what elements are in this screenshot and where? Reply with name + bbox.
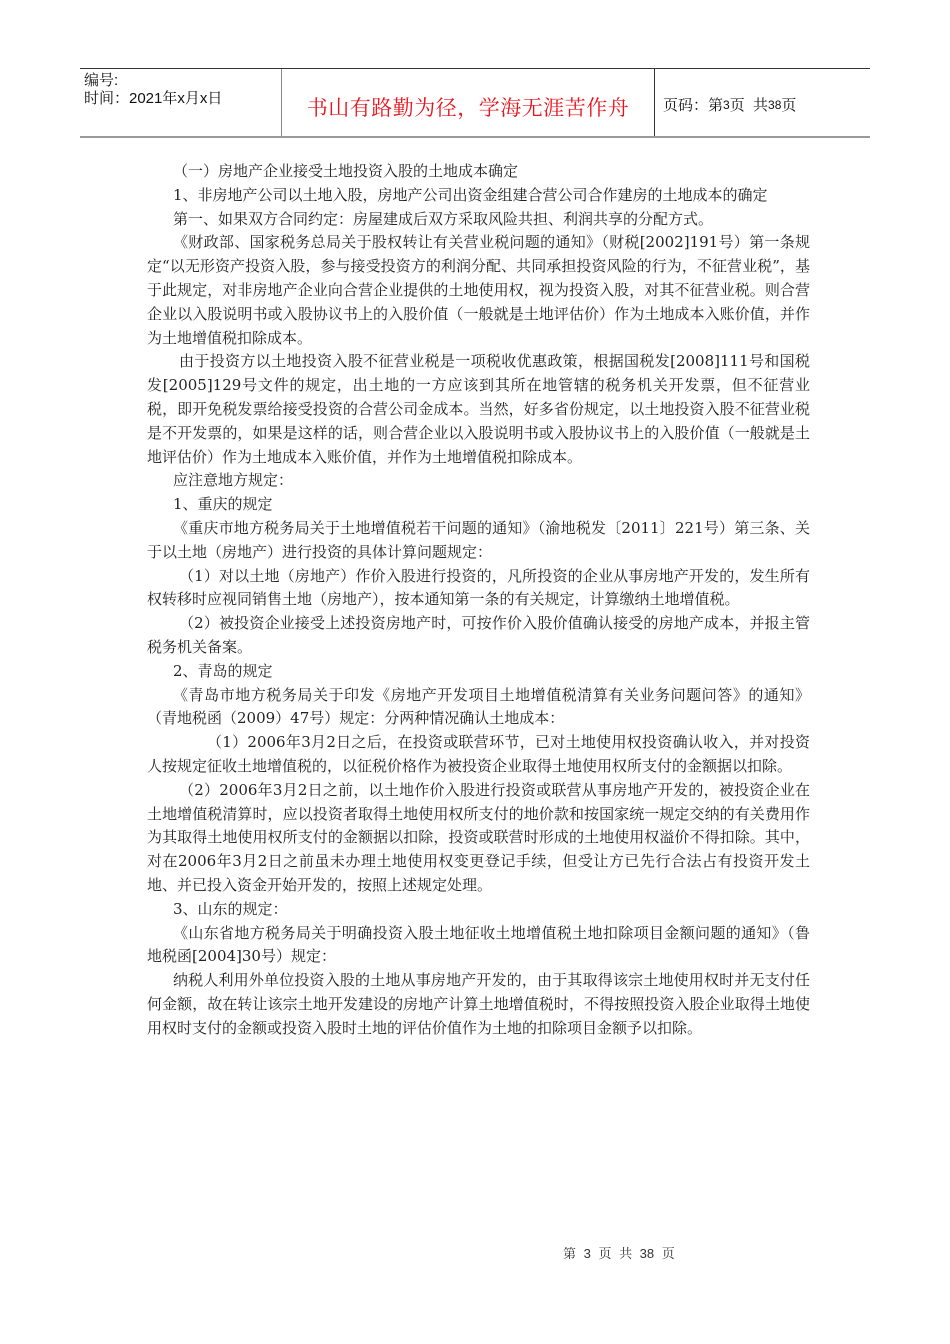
- page-footer: 第 3 页 共 38 页: [563, 1243, 675, 1262]
- document-body: （一）房地产企业接受土地投资入股的土地成本确定1、非房地产公司以土地入股，房地产…: [147, 160, 810, 1040]
- header-page-indicator: 页码：第3页 共38页: [655, 69, 870, 136]
- paragraph: 应注意地方规定：: [147, 469, 810, 493]
- paragraph: （2）被投资企业接受上述投资房地产时，可按作价入股价值确认接受的房地产成本，并报…: [147, 612, 810, 660]
- paragraph: 《重庆市地方税务局关于土地增值税若干问题的通知》（渝地税发〔2011〕221号）…: [147, 517, 810, 565]
- paragraph: （1）对以土地（房地产）作价入股进行投资的，凡所投资的企业从事房地产开发的，发生…: [147, 565, 810, 613]
- paragraph: （2）2006年3月2日之前，以土地作价入股进行投资或联营从事房地产开发的，被投…: [147, 779, 810, 898]
- header-meta-cell: 编号: 时间：2021年x月x日: [80, 69, 282, 136]
- page-current: 3: [723, 98, 730, 112]
- header-motto: 书山有路勤为径，学海无涯苦作舟: [282, 69, 655, 136]
- paragraph: 《山东省地方税务局关于明确投资入股土地征收土地增值税土地扣除项目金额问题的通知》…: [147, 922, 810, 970]
- paragraph: 第一、如果双方合同约定：房屋建成后双方采取风险共担、利润共享的分配方式。: [147, 208, 810, 232]
- paragraph: （1）2006年3月2日之后，在投资或联营环节，已对土地使用权投资确认收入，并对…: [147, 731, 810, 779]
- document-date-label: 时间：2021年x月x日: [84, 90, 281, 108]
- paragraph: 2、青岛的规定: [147, 660, 810, 684]
- paragraph: 3、山东的规定：: [147, 898, 810, 922]
- page-total: 38: [768, 98, 781, 112]
- page-suffix: 页: [781, 94, 796, 115]
- paragraph: 《青岛市地方税务局关于印发《房地产开发项目土地增值税清算有关业务问题问答》的通知…: [147, 684, 810, 732]
- document-header-table: 编号: 时间：2021年x月x日 书山有路勤为径，学海无涯苦作舟 页码：第3页 …: [80, 68, 870, 138]
- paragraph: （一）房地产企业接受土地投资入股的土地成本确定: [147, 160, 810, 184]
- paragraph: 《财政部、国家税务总局关于股权转让有关营业税问题的通知》（财税[2002]191…: [147, 231, 810, 350]
- paragraph: 1、非房地产公司以土地入股，房地产公司出资金组建合营公司合作建房的土地成本的确定: [147, 184, 810, 208]
- document-number-label: 编号:: [84, 72, 281, 90]
- paragraph: 纳税人利用外单位投资入股的土地从事房地产开发的，由于其取得该宗土地使用权时并无支…: [147, 969, 810, 1040]
- page-mid: 页 共: [730, 94, 768, 115]
- page-prefix: 页码：第: [663, 94, 723, 115]
- paragraph: 1、重庆的规定: [147, 493, 810, 517]
- paragraph: 由于投资方以土地投资入股不征营业税是一项税收优惠政策，根据国税发[2008]11…: [147, 350, 810, 469]
